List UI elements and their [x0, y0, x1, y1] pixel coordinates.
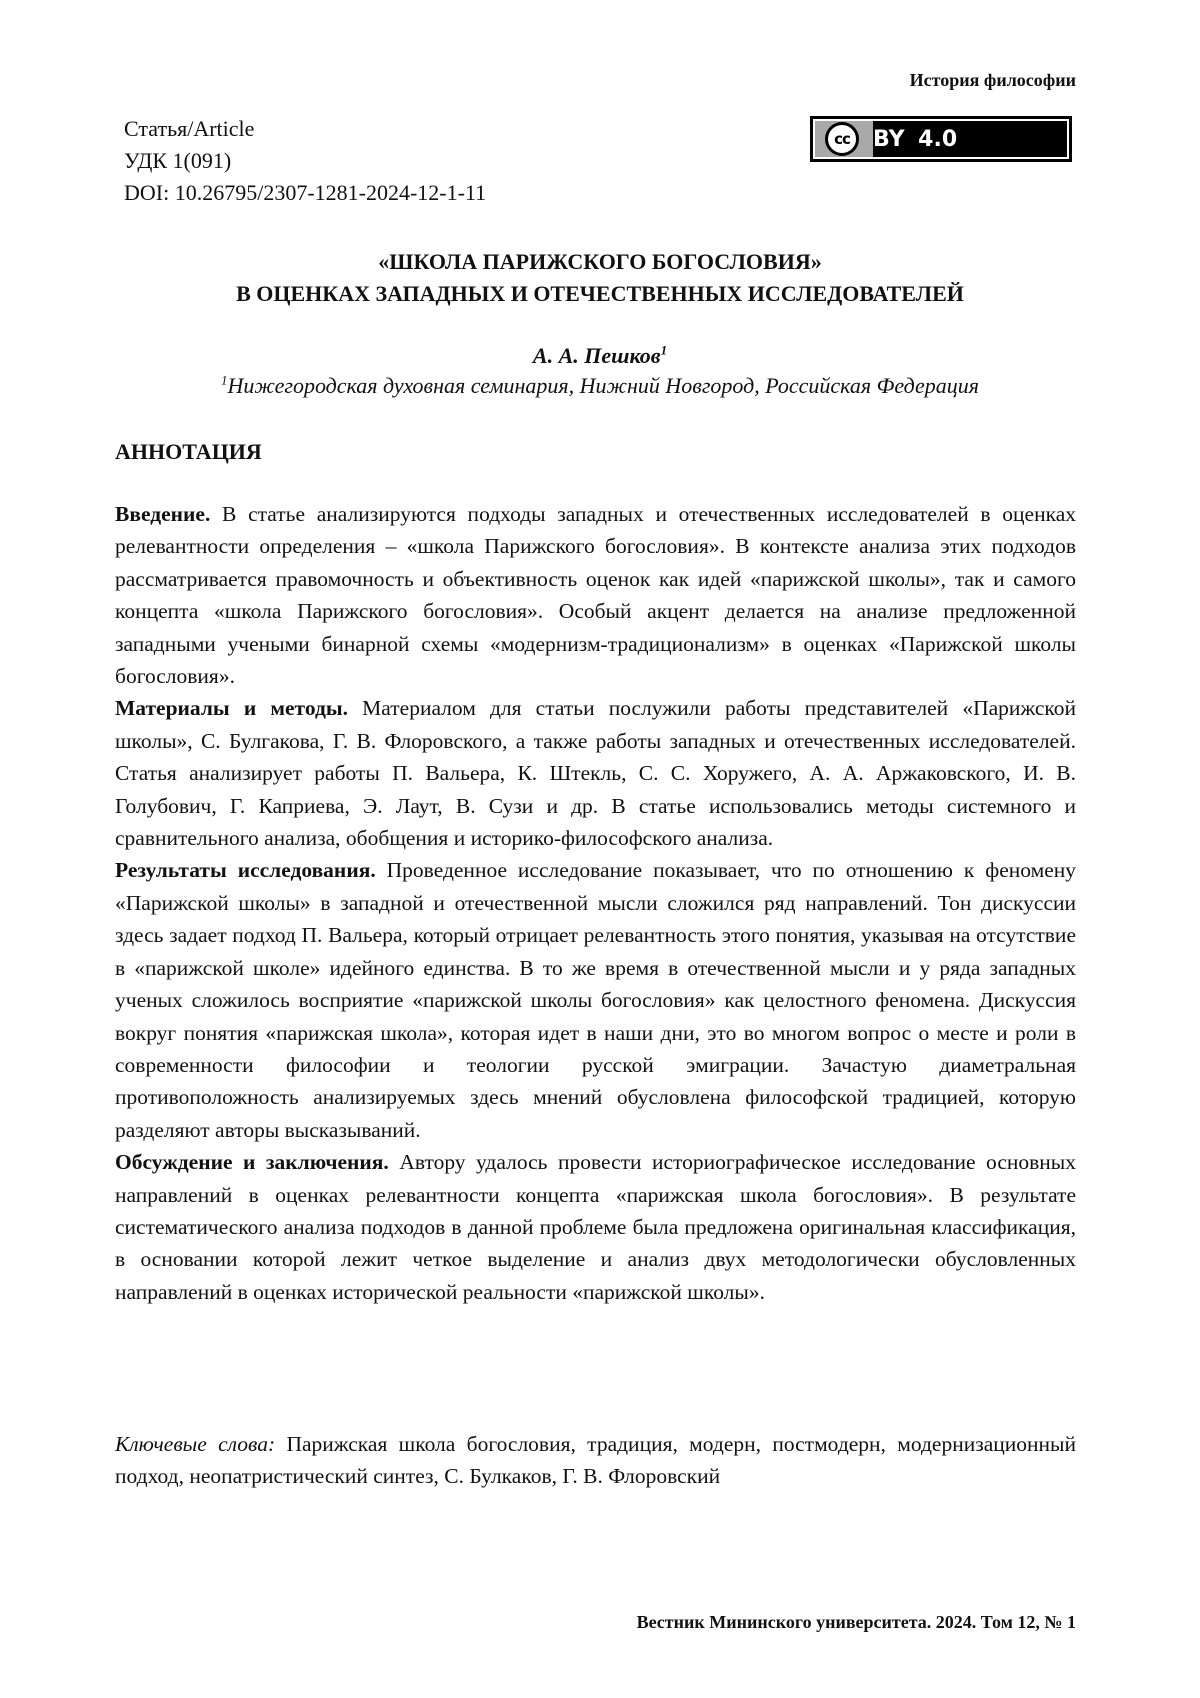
keywords-label: Ключевые слова:	[115, 1432, 275, 1456]
abstract-section-label: Введение.	[115, 502, 210, 526]
author-affiliation-marker: 1	[661, 343, 668, 358]
abstract-section-materials-methods: Материалы и методы. Материалом для стать…	[115, 692, 1076, 854]
abstract-section-label: Результаты исследования.	[115, 858, 376, 882]
abstract-section-discussion: Обсуждение и заключения. Автору удалось …	[115, 1146, 1076, 1308]
author-affiliation: 1Нижегородская духовная семинария, Нижни…	[0, 370, 1200, 402]
abstract-section-results: Результаты исследования. Проведенное исс…	[115, 854, 1076, 1146]
abstract-section-text: В статье анализируются подходы западных …	[115, 502, 1076, 688]
license-label: BY 4.0	[873, 127, 957, 152]
license-badge[interactable]: cc BY 4.0	[810, 116, 1072, 162]
article-title-line-1: «ШКОЛА ПАРИЖСКОГО БОГОСЛОВИЯ»	[0, 246, 1200, 278]
affiliation-text: Нижегородская духовная семинария, Нижний…	[228, 373, 979, 398]
abstract-section-text: Проведенное исследование показывает, что…	[115, 858, 1076, 1141]
author: А. А. Пешков1	[0, 340, 1200, 372]
article-title-line-2: В ОЦЕНКАХ ЗАПАДНЫХ И ОТЕЧЕСТВЕННЫХ ИССЛЕ…	[0, 278, 1200, 310]
article-type: Статья/Article	[124, 113, 486, 145]
udk-code: УДК 1(091)	[124, 145, 486, 177]
doi[interactable]: DOI: 10.26795/2307-1281-2024-12-1-11	[124, 177, 486, 209]
article-meta: Статья/Article УДК 1(091) DOI: 10.26795/…	[124, 113, 486, 209]
cc-icon: cc	[825, 122, 859, 156]
abstract-heading: АННОТАЦИЯ	[115, 436, 262, 468]
author-name: А. А. Пешков	[533, 343, 661, 368]
journal-footer: Вестник Мининского университета. 2024. Т…	[637, 1612, 1076, 1633]
license-badge-inner: cc BY 4.0	[815, 121, 1067, 157]
article-title: «ШКОЛА ПАРИЖСКОГО БОГОСЛОВИЯ» В ОЦЕНКАХ …	[0, 246, 1200, 310]
keywords: Ключевые слова: Парижская школа богослов…	[115, 1428, 1076, 1493]
journal-section-label: История философии	[910, 70, 1076, 91]
abstract-body: Введение. В статье анализируются подходы…	[115, 498, 1076, 1308]
abstract-section-introduction: Введение. В статье анализируются подходы…	[115, 498, 1076, 692]
abstract-section-label: Обсуждение и заключения.	[115, 1150, 389, 1174]
abstract-section-label: Материалы и методы.	[115, 696, 348, 720]
